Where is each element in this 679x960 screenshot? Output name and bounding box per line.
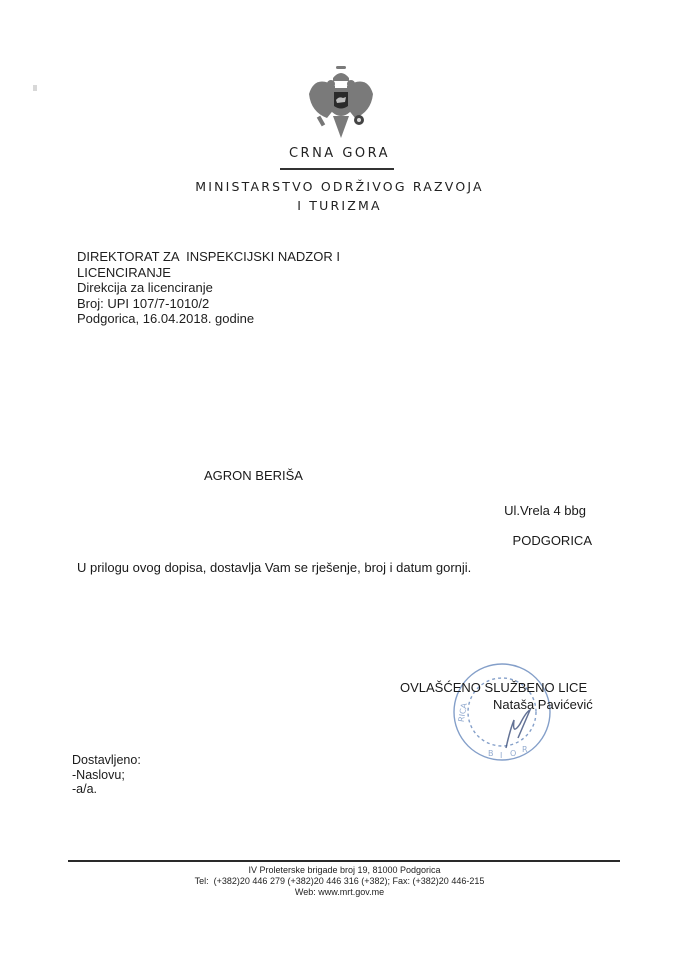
signer-name: Nataša Pavićević [493, 697, 593, 712]
recipient-street: Ul.Vrela 4 bbg [504, 503, 586, 518]
signer-title: OVLAŠĆENO SLUŽBENO LICE [400, 680, 587, 695]
directorate-line-1: DIREKTORAT ZA INSPEKCIJSKI NADZOR I [77, 249, 340, 265]
letter-body: U prilogu ovog dopisa, dostavlja Vam se … [77, 560, 471, 575]
footer-contact: Tel: (+382)20 446 279 (+382)20 446 316 (… [0, 876, 679, 887]
svg-text:B: B [488, 749, 494, 758]
footer-address: IV Proleterske brigade broj 19, 81000 Po… [0, 865, 679, 876]
delivery-item: -Naslovu; [72, 768, 141, 783]
country-name: CRNA GORA [0, 146, 679, 161]
official-stamp-icon: RICA BIOR [448, 660, 556, 764]
ministry-name: MINISTARSTVO ODRŽIVOG RAZVOJA I TURIZMA [0, 177, 679, 215]
svg-text:R: R [522, 745, 528, 754]
place-date: Podgorica, 16.04.2018. godine [77, 311, 340, 327]
delivery-item: -a/a. [72, 782, 141, 797]
scan-artifact [33, 85, 37, 91]
footer-divider [68, 860, 620, 862]
delivery-list: Dostavljeno: -Naslovu; -a/a. [72, 753, 141, 797]
coat-of-arms-icon [305, 64, 377, 142]
recipient-city: PODGORICA [513, 533, 592, 548]
ministry-line-2: I TURIZMA [0, 196, 679, 215]
reference-number: Broj: UPI 107/7-1010/2 [77, 296, 340, 312]
department: Direkcija za licenciranje [77, 280, 340, 296]
svg-text:I: I [500, 751, 502, 760]
delivery-label: Dostavljeno: [72, 753, 141, 768]
ministry-line-1: MINISTARSTVO ODRŽIVOG RAZVOJA [0, 177, 679, 196]
footer-web: Web: www.mrt.gov.me [0, 887, 679, 898]
directorate-line-2: LICENCIRANJE [77, 265, 340, 281]
recipient-name: AGRON BERIŠA [204, 468, 303, 483]
header-divider [280, 168, 394, 170]
footer: IV Proleterske brigade broj 19, 81000 Po… [0, 865, 679, 898]
sender-block: DIREKTORAT ZA INSPEKCIJSKI NADZOR I LICE… [77, 249, 340, 327]
svg-text:O: O [510, 749, 516, 758]
svg-text:RICA: RICA [457, 702, 469, 723]
